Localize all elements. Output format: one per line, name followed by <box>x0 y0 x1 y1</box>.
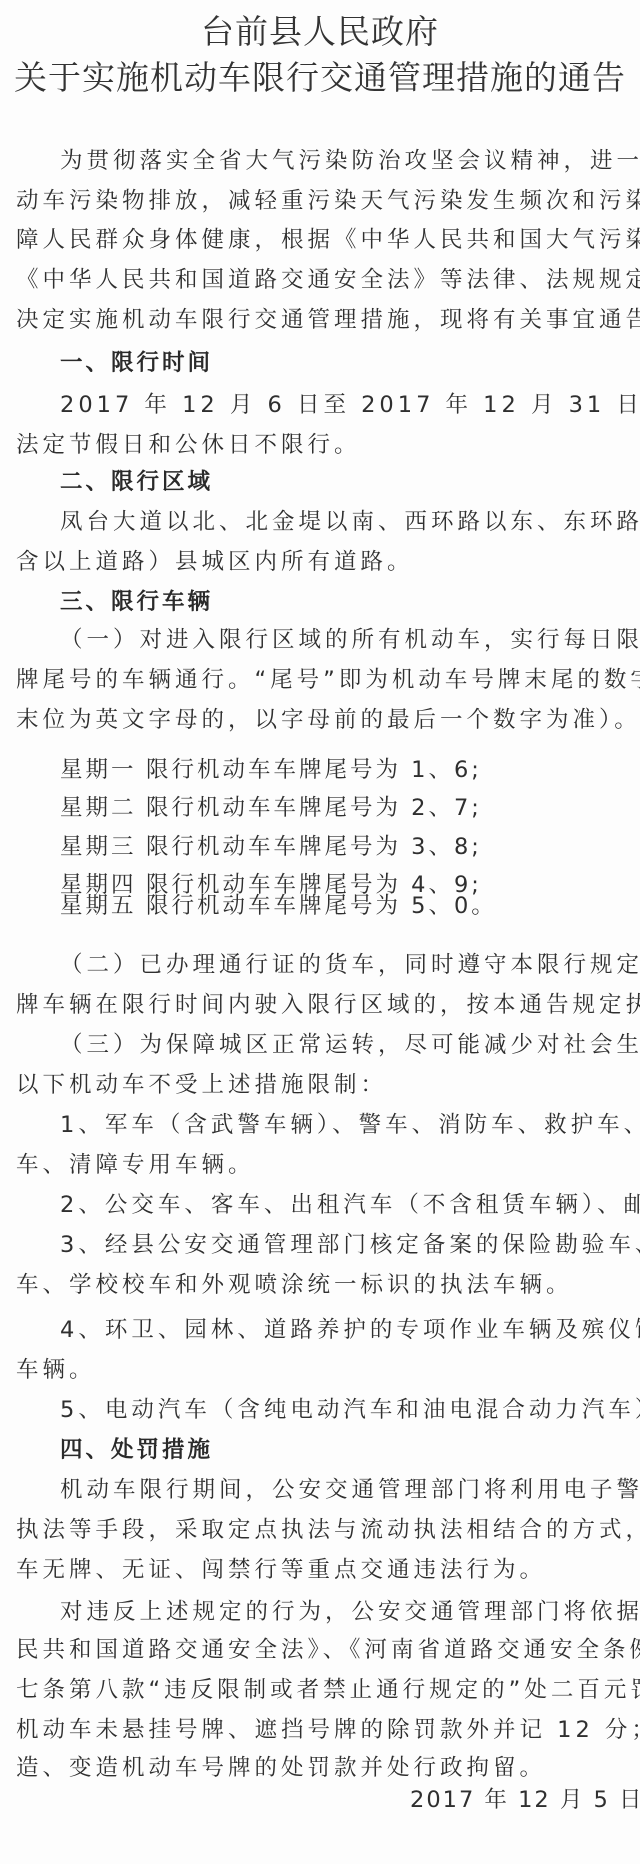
notice-document: 台前县人民政府 关于实施机动车限行交通管理措施的通告 为贯彻落实全省大气污染防治… <box>0 0 640 1864</box>
section-line: （三）为保障城区正常运转，尽可能减少对社会生活的影响， <box>60 1030 626 1060</box>
exemption-item-1: 1、军车（含武警车辆）、警车、消防车、救护车、工程救险 <box>60 1110 626 1140</box>
section-line: 民共和国道路交通安全法》、《河南省道路交通安全条例》第五十 <box>16 1635 626 1665</box>
intro-line: 决定实施机动车限行交通管理措施，现将有关事宜通告如下： <box>16 305 626 335</box>
section-line: 法定节假日和公休日不限行。 <box>16 430 626 460</box>
exemption-item-5: 5、电动汽车（含纯电动汽车和油电混合动力汽车）。 <box>60 1395 626 1425</box>
schedule-rule: 限行机动车车牌尾号为 5、0。 <box>146 893 497 919</box>
schedule-row-wednesday: 星期三限行机动车车牌尾号为 3、8; <box>60 832 482 862</box>
section-line: 牌车辆在限行时间内驶入限行区域的，按本通告规定执行。 <box>16 990 626 1020</box>
section-line: 车无牌、无证、闯禁行等重点交通违法行为。 <box>16 1555 626 1585</box>
section-line: 对违反上述规定的行为，公安交通管理部门将依据《中华人 <box>60 1597 626 1627</box>
exemption-item-4: 4、环卫、园林、道路养护的专项作业车辆及殡仪馆的殡葬 <box>60 1315 626 1345</box>
section-line: 机动车未悬挂号牌、遮挡号牌的除罚款外并记 12 分；对使用伪 <box>16 1715 626 1745</box>
section-line: 机动车限行期间，公安交通管理部门将利用电子警察、现场 <box>60 1475 626 1505</box>
section-line: 造、变造机动车号牌的处罚款并处行政拘留。 <box>16 1753 626 1783</box>
section-line: （二）已办理通行证的货车，同时遵守本限行规定。外埠号 <box>60 950 626 980</box>
schedule-day: 星期五 <box>60 891 146 921</box>
exemption-item-2: 2、公交车、客车、出租汽车（不含租赁车辆）、邮政专用车； <box>60 1190 626 1220</box>
section-line: 七条第八款“违反限制或者禁止通行规定的”处二百元罚款。对 <box>16 1675 626 1705</box>
schedule-rule: 限行机动车车牌尾号为 1、6; <box>146 757 482 783</box>
schedule-row-monday: 星期一限行机动车车牌尾号为 1、6; <box>60 755 482 785</box>
section-line: 含以上道路）县城区内所有道路。 <box>16 547 626 577</box>
section-line: 末位为英文字母的，以字母前的最后一个数字为准）。 <box>16 705 626 735</box>
section-line: 车、学校校车和外观喷涂统一标识的执法车辆。 <box>16 1270 626 1300</box>
section-line: 凤台大道以北、北金堤以南、西环路以东、东环路以西（不 <box>60 507 626 537</box>
section-line: 2017 年 12 月 6 日至 2017 年 12 月 31 日，每日 7:0… <box>60 390 626 420</box>
section-line: 牌尾号的车辆通行。“尾号”即为机动车号牌末尾的数字（号牌 <box>16 665 626 695</box>
schedule-day: 星期三 <box>60 832 146 862</box>
schedule-row-tuesday: 星期二限行机动车车牌尾号为 2、7; <box>60 793 482 823</box>
schedule-row-friday: 星期五限行机动车车牌尾号为 5、0。 <box>60 891 497 921</box>
section-line: 车辆。 <box>16 1355 626 1385</box>
exemption-item-3: 3、经县公安交通管理部门核定备案的保险勘验车、单位班 <box>60 1230 626 1260</box>
notice-title: 关于实施机动车限行交通管理措施的通告 <box>0 58 640 98</box>
issuer-title: 台前县人民政府 <box>0 12 640 52</box>
section-heading-area: 二、限行区域 <box>60 467 640 497</box>
schedule-day: 星期一 <box>60 755 146 785</box>
section-heading-vehicles: 三、限行车辆 <box>60 587 640 617</box>
section-line: 车、清障专用车辆。 <box>16 1150 626 1180</box>
schedule-rule: 限行机动车车牌尾号为 3、8; <box>146 834 482 860</box>
section-heading-penalty: 四、处罚措施 <box>60 1435 640 1465</box>
section-line: （一）对进入限行区域的所有机动车，实行每日限制两个车 <box>60 625 626 655</box>
section-heading-time: 一、限行时间 <box>60 348 640 378</box>
section-line: 执法等手段，采取定点执法与流动执法相结合的方式，严查机动 <box>16 1515 626 1545</box>
intro-line: 动车污染物排放，减轻重污染天气污染发生频次和污染程度，保 <box>16 186 626 216</box>
section-line: 以下机动车不受上述措施限制： <box>16 1070 626 1100</box>
schedule-day: 星期二 <box>60 793 146 823</box>
issue-date: 2017 年 12 月 5 日 <box>410 1785 640 1815</box>
intro-line: 《中华人民共和国道路交通安全法》等法律、法规规定，经研究， <box>16 265 626 295</box>
schedule-rule: 限行机动车车牌尾号为 2、7; <box>146 795 482 821</box>
intro-line: 障人民群众身体健康，根据《中华人民共和国大气污染防治法》 <box>16 225 626 255</box>
intro-line: 为贯彻落实全省大气污染防治攻坚会议精神，进一步降低机 <box>60 146 626 176</box>
